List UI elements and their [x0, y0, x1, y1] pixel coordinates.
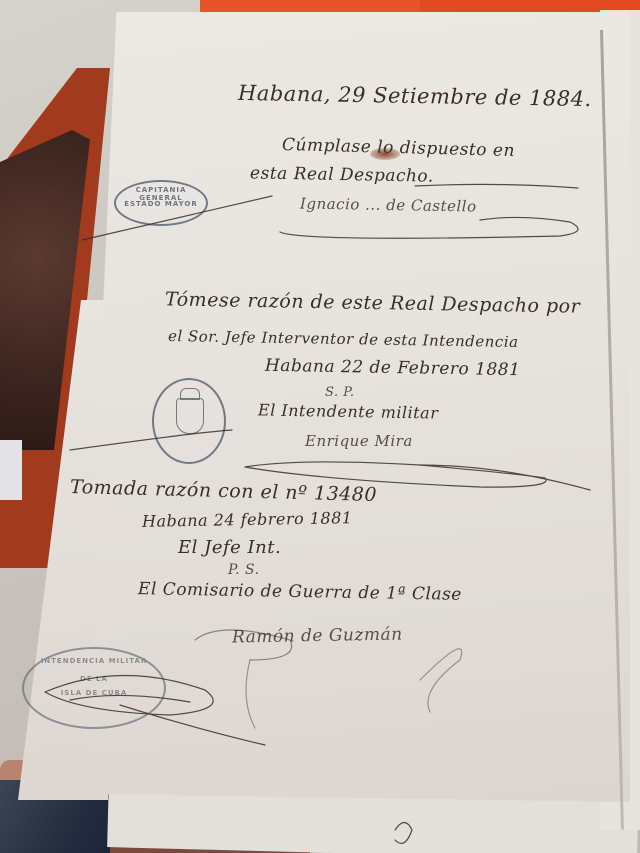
ink-flourishes: [0, 0, 640, 853]
